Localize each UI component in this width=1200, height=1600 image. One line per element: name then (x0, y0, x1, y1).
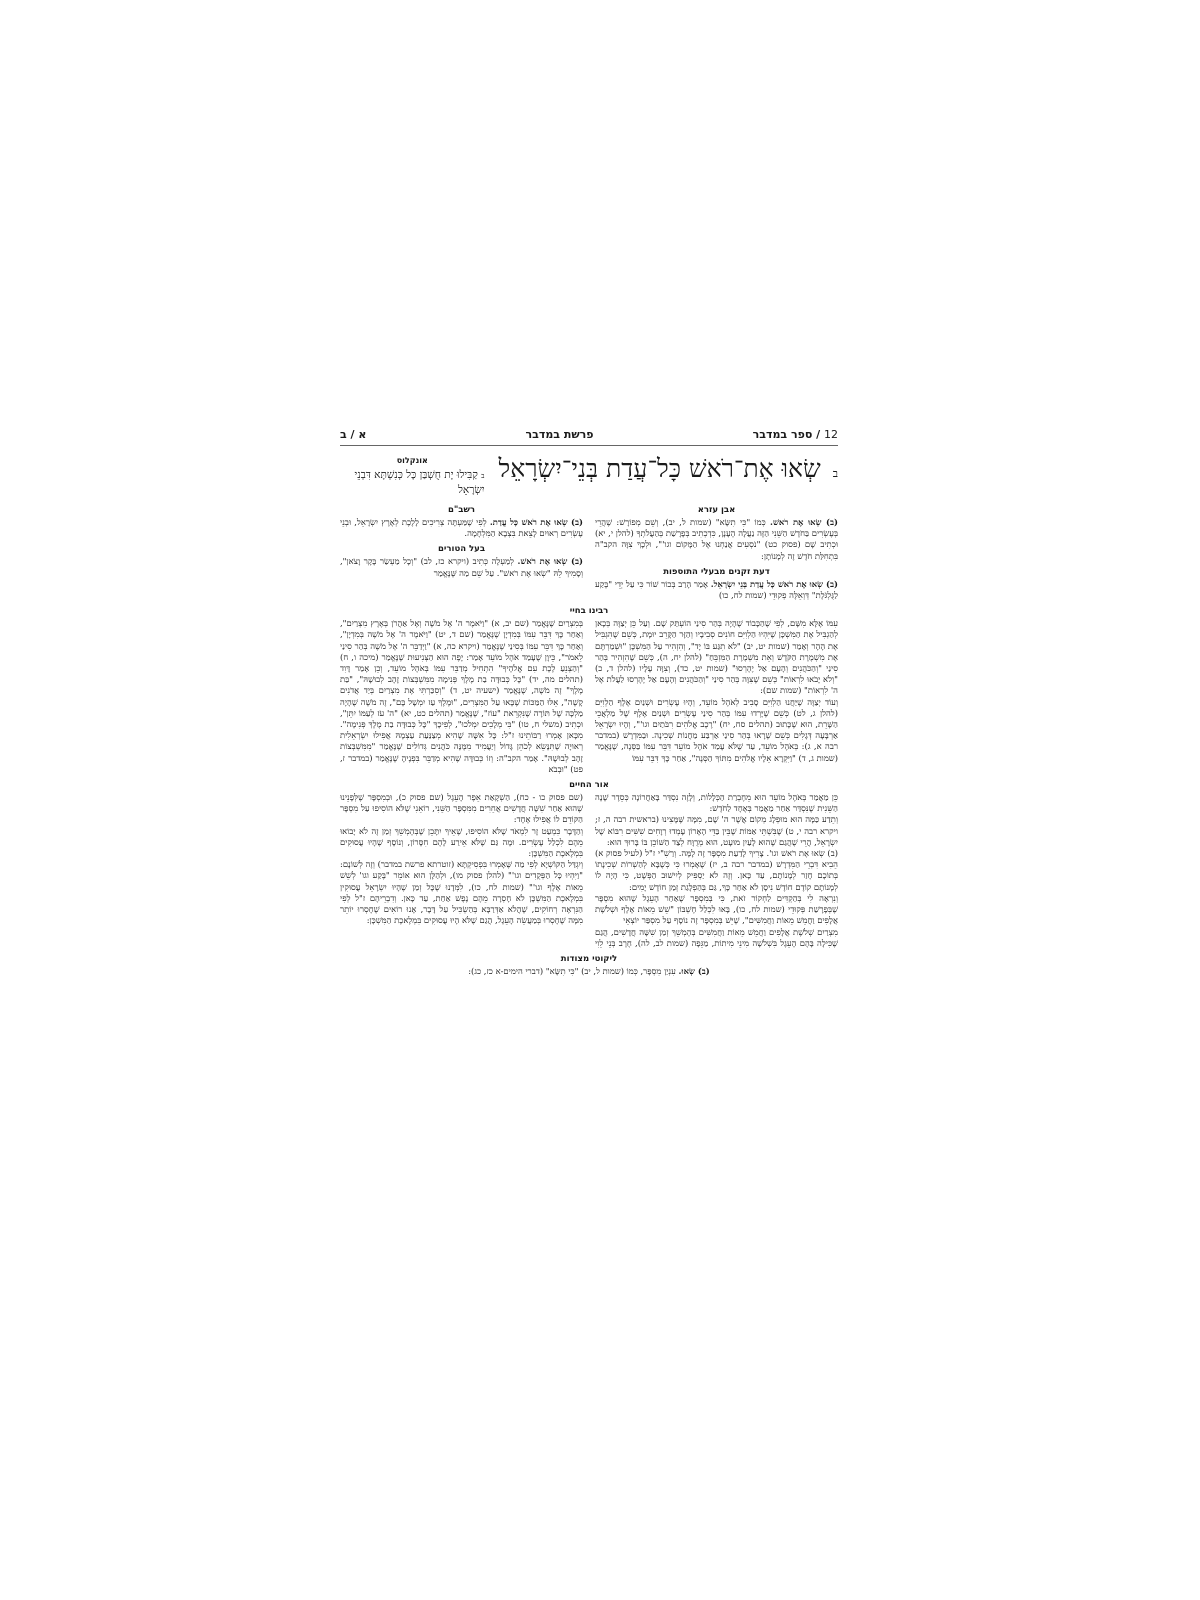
book-name: ספר במדבר (753, 428, 813, 441)
or-hachaim-paragraph: (ב) שְׂאוּ אֶת רֹאשׁ וגו'. צָרִיךְ לָדַע… (595, 848, 838, 893)
rashbam-title: רשב"ם (340, 505, 583, 515)
onkelos-section: אונקלוס ב קַבִּילוּ יָת חֻשְׁבַּן כָּל כ… (340, 454, 485, 500)
onkelos-text: קַבִּילוּ יָת חֻשְׁבַּן כָּל כְּנִשְׁתָּ… (355, 469, 485, 496)
verse-number: ב (833, 467, 838, 480)
rabbeinu-bachya-paragraph: עִמּוֹ אֶלָּא מִשָּׁם, לְפִי שֶׁהַכָּבוֹ… (595, 618, 838, 696)
running-head: 12 / ספר במדבר פרשת במדבר א / ב (340, 428, 838, 446)
ibn-ezra-title: אבן עזרא (595, 505, 838, 515)
rabbeinu-bachya-paragraph: בְּמִצְרַיִם שֶׁנֶּאֱמַר (שם יב, א) "וַי… (340, 618, 583, 775)
parasha-title: פרשת במדבר (526, 428, 594, 441)
baal-haturim-lemma: (ב) שְׂאוּ אֶת רֹאשׁ. (517, 556, 583, 566)
book-title: 12 / ספר במדבר (753, 428, 838, 441)
left-column: רשב"ם (ב) שְׂאוּ אֶת רֹאשׁ כָּל עֲדַת. ל… (340, 500, 583, 601)
page-number: 12 (824, 428, 838, 441)
or-hachaim-paragraph: וְתֵדַע כַּמָּה הוּא מוּפְלָג מְקוֹם אֲש… (595, 814, 838, 848)
likutei-metzudot-lemma: (ב) שְׂאוּ. (679, 966, 710, 976)
ibn-ezra-section: אבן עזרא (ב) שְׂאוּ אֶת רֹאשׁ. כְּמוֹ "כ… (595, 505, 838, 562)
chapter-verse: א / ב (340, 428, 366, 441)
main-verse: ב שְׂאוּ אֶת־רֹאשׁ כָּל־עֲדַת בְּנֵי־יִש… (499, 454, 838, 500)
likutei-metzudot-text: עִנְיַן מִסְפָּר, כְּמוֹ (שמות ל, יב) "כ… (468, 966, 676, 976)
rashbam-section: רשב"ם (ב) שְׂאוּ אֶת רֹאשׁ כָּל עֲדַת. ל… (340, 505, 583, 539)
daat-zekenim-lemma: (ב) שְׂאוּ אֶת רֹאשׁ כָּל עֲדַת בְּנֵי י… (711, 579, 838, 589)
or-hachaim-paragraph: וְנִרְאָה לִי בְּהַקְדִּים לַחְקוֹר זֹאת… (595, 893, 838, 927)
rabbeinu-bachya-paragraph: וְעוֹד יְצַוֶּה שֶׁיַּחֲנוּ הַלְוִיִּם ס… (595, 697, 838, 764)
or-hachaim-paragraph: וְיִגְדַּל הַקּוֹשְׁיָא לְפִי מַה שֶּׁאָ… (340, 859, 583, 926)
rabbeinu-bachya-title: רבינו בחיי (340, 606, 838, 616)
or-hachaim-title: אור החיים (340, 780, 838, 790)
likutei-metzudot-title: ליקוטי מצודות (340, 954, 838, 964)
rabbeinu-bachya-section: רבינו בחיי עִמּוֹ אֶלָּא מִשָּׁם, לְפִי … (340, 606, 838, 775)
rashbam-lemma: (ב) שְׂאוּ אֶת רֹאשׁ כָּל עֲדַת. (490, 517, 583, 527)
baal-haturim-title: בעל הטורים (340, 544, 583, 554)
onkelos-title: אונקלוס (340, 454, 485, 468)
verse-text: שְׂאוּ אֶת־רֹאשׁ כָּל־עֲדַת בְּנֵי־יִשְׂ… (499, 454, 821, 483)
rabbeinu-bachya-body: עִמּוֹ אֶלָּא מִשָּׁם, לְפִי שֶׁהַכָּבוֹ… (340, 618, 838, 775)
baal-haturim-section: בעל הטורים (ב) שְׂאוּ אֶת רֹאשׁ. לְמַעְל… (340, 544, 583, 578)
or-hachaim-paragraph: כֵּן מַאֲמַר בְּאֹהֶל מוֹעֵד הוּא מֵחֶבְ… (595, 792, 838, 814)
onkelos-verse-number: ב (481, 472, 484, 480)
or-hachaim-paragraph: וְהַדָּבָר כִּמְעַט זָר לִמְאֹד שֶׁלֹּא … (340, 826, 583, 860)
top-commentaries: אבן עזרא (ב) שְׂאוּ אֶת רֹאשׁ. כְּמוֹ "כ… (340, 500, 838, 601)
right-column: אבן עזרא (ב) שְׂאוּ אֶת רֹאשׁ. כְּמוֹ "כ… (595, 500, 838, 601)
or-hachaim-body: כֵּן מַאֲמַר בְּאֹהֶל מוֹעֵד הוּא מֵחֶבְ… (340, 792, 838, 949)
daat-zekenim-title: דעת זקנים מבעלי התוספות (595, 567, 838, 577)
likutei-metzudot-section: ליקוטי מצודות (ב) שְׂאוּ. עִנְיַן מִסְפָ… (340, 954, 838, 977)
daat-zekenim-section: דעת זקנים מבעלי התוספות (ב) שְׂאוּ אֶת ר… (595, 567, 838, 601)
or-hachaim-section: אור החיים כֵּן מַאֲמַר בְּאֹהֶל מוֹעֵד ה… (340, 780, 838, 949)
verse-row: ב שְׂאוּ אֶת־רֹאשׁ כָּל־עֲדַת בְּנֵי־יִש… (340, 454, 838, 500)
document-page: 12 / ספר במדבר פרשת במדבר א / ב ב שְׂאוּ… (340, 428, 838, 977)
ibn-ezra-lemma: (ב) שְׂאוּ אֶת רֹאשׁ. (770, 517, 838, 527)
